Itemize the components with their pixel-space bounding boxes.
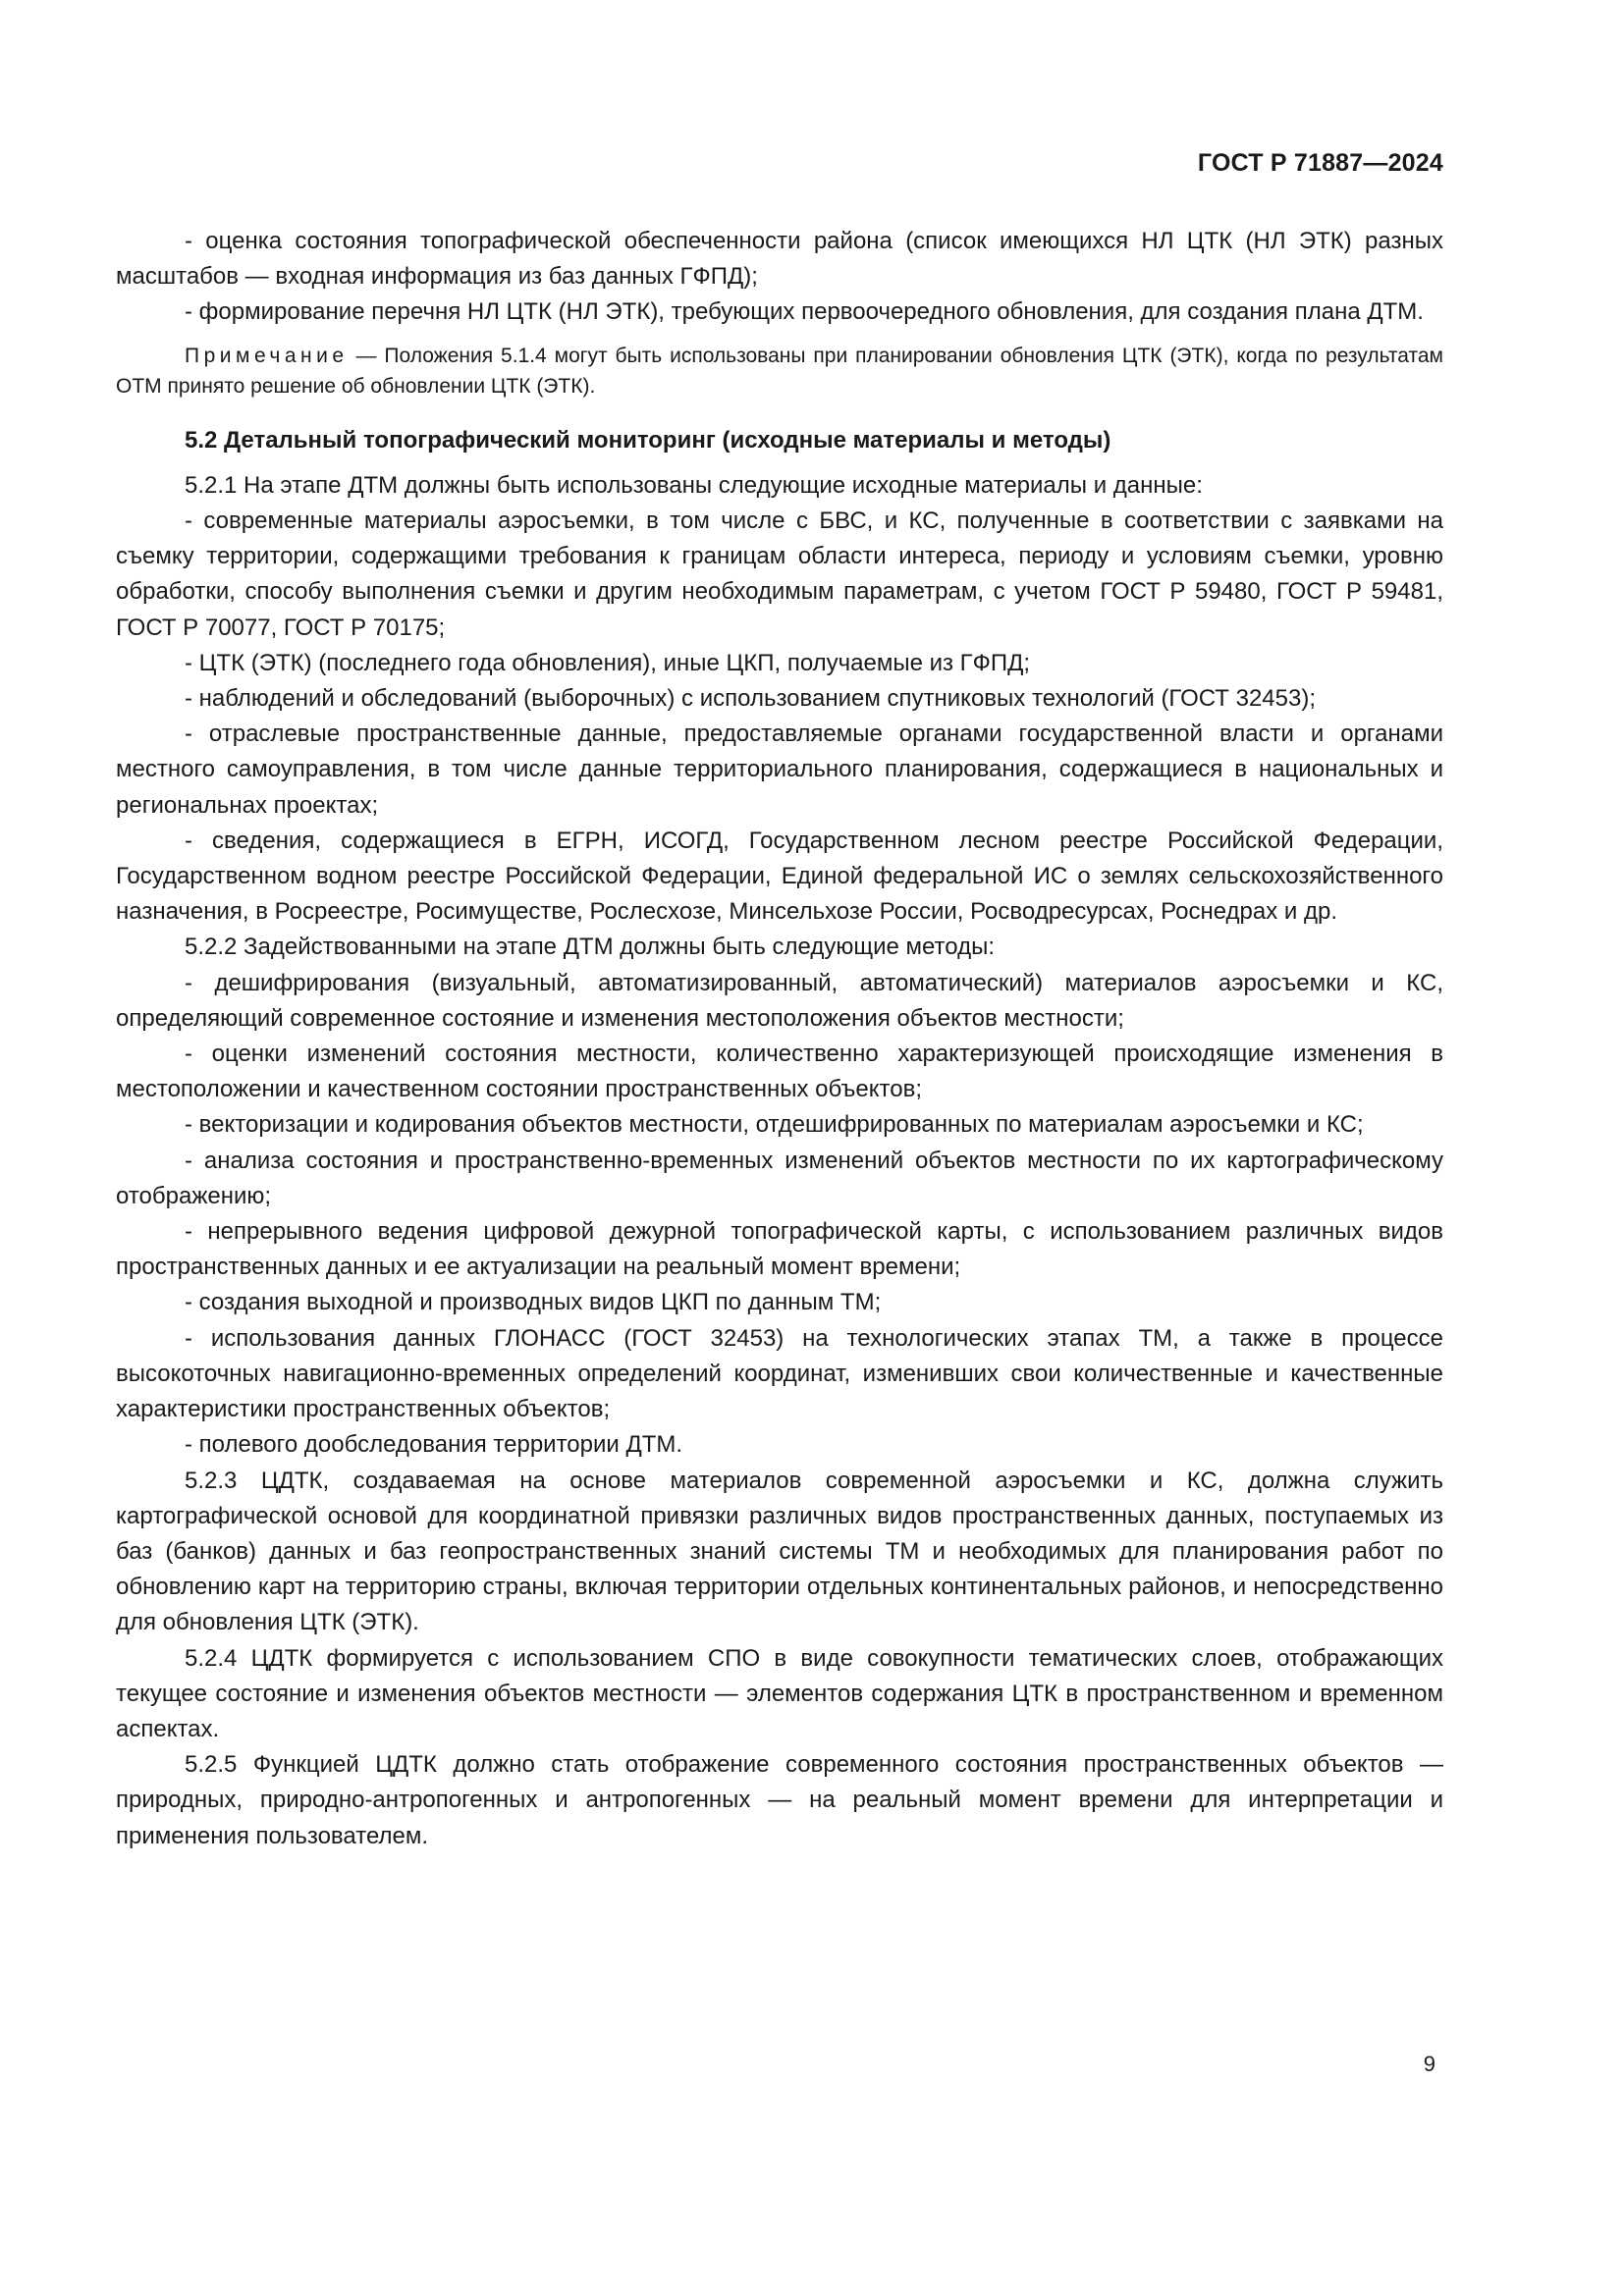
section-paragraph: - отраслевые пространственные данные, пр… — [116, 717, 1443, 824]
section-paragraph: 5.2.1 На этапе ДТМ должны быть использов… — [116, 468, 1443, 504]
section-title: 5.2 Детальный топографический мониторинг… — [116, 423, 1443, 458]
note-label: Примечание — [185, 345, 349, 367]
section-paragraph: - оценки изменений состояния местности, … — [116, 1037, 1443, 1107]
section-paragraph: - ЦТК (ЭТК) (последнего года обновления)… — [116, 646, 1443, 681]
section-paragraph: - векторизации и кодирования объектов ме… — [116, 1107, 1443, 1143]
page-number: 9 — [1424, 2052, 1435, 2077]
note: Примечание — Положения 5.1.4 могут быть … — [116, 341, 1443, 401]
section-paragraph: - наблюдений и обследований (выборочных)… — [116, 681, 1443, 717]
section-paragraph: - сведения, содержащиеся в ЕГРН, ИСОГД, … — [116, 824, 1443, 931]
section-body: 5.2.1 На этапе ДТМ должны быть использов… — [116, 468, 1443, 1854]
section-paragraph: - полевого дообследования территории ДТМ… — [116, 1427, 1443, 1463]
page-content: - оценка состояния топографической обесп… — [116, 224, 1443, 1854]
intro-item: - оценка состояния топографической обесп… — [116, 224, 1443, 294]
document-header: ГОСТ Р 71887—2024 — [1198, 149, 1443, 178]
section-paragraph: - использования данных ГЛОНАСС (ГОСТ 324… — [116, 1321, 1443, 1428]
section-paragraph: - анализа состояния и пространственно-вр… — [116, 1144, 1443, 1214]
section-paragraph: - непрерывного ведения цифровой дежурной… — [116, 1214, 1443, 1285]
section-paragraph: 5.2.2 Задействованными на этапе ДТМ долж… — [116, 930, 1443, 965]
section-paragraph: - дешифрирования (визуальный, автоматизи… — [116, 966, 1443, 1037]
section-paragraph: - современные материалы аэросъемки, в то… — [116, 504, 1443, 646]
section-paragraph: - создания выходной и производных видов … — [116, 1285, 1443, 1320]
section-paragraph: 5.2.4 ЦДТК формируется с использованием … — [116, 1641, 1443, 1748]
intro-item: - формирование перечня НЛ ЦТК (НЛ ЭТК), … — [116, 294, 1443, 330]
section-paragraph: 5.2.3 ЦДТК, создаваемая на основе матери… — [116, 1464, 1443, 1641]
section-paragraph: 5.2.5 Функцией ЦДТК должно стать отображ… — [116, 1747, 1443, 1854]
